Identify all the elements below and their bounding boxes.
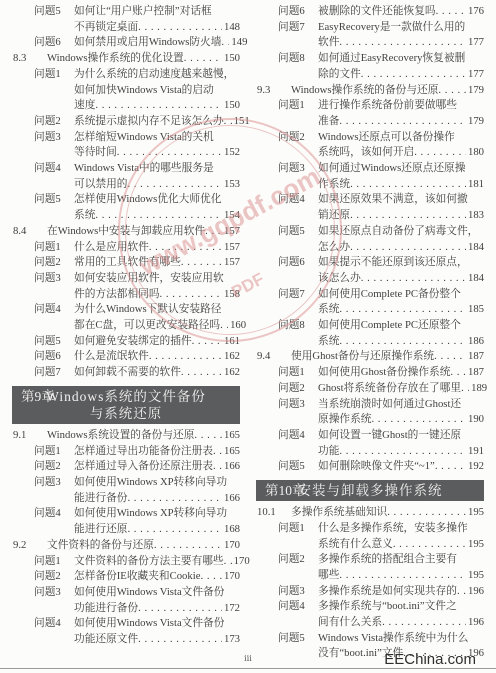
question-last-line: 如何避免安装绑定的插件161: [74, 334, 240, 350]
question-body: 为什么系统的启动速度越来越慢，如何加快Windows Vista的启动速度150: [74, 67, 240, 114]
question-body: 什么是应用软件157: [74, 240, 240, 256]
dot-leader: [339, 35, 466, 51]
question-number: 问题4: [34, 302, 74, 318]
question-body: Windows Vista中的哪些服务是可以禁用的153: [74, 161, 240, 192]
question-number: 问题2: [34, 255, 74, 271]
dot-leader: [160, 287, 222, 303]
question-number: 问题1: [34, 67, 74, 83]
question-text-line: 如何使用Windows XP转移向导功: [74, 475, 240, 491]
dot-leader: [371, 412, 466, 428]
toc-question-entry: 问题2常用的工具软件有哪些157: [12, 255, 240, 271]
question-text-line: 如何使用Windows Vista文件备份: [74, 616, 240, 632]
question-body: 如何通过Windows还原点还原操作系统181: [318, 161, 484, 192]
question-text-line: 间有什么关系: [318, 615, 382, 631]
page-number: 148: [222, 20, 240, 36]
question-text-line: 多操作系统与“boot.ini”文件之: [318, 599, 484, 615]
chapter-title-line: 与系统还原: [18, 405, 234, 422]
question-number: 问题5: [278, 459, 318, 475]
question-text-line: 等待时间: [74, 145, 117, 161]
page-number: 176: [466, 4, 484, 20]
question-body: 如何使用Windows Vista文件备份功能进行备份172: [74, 585, 240, 616]
page-number: 168: [222, 522, 240, 538]
dot-leader: [224, 554, 232, 570]
question-body: 文件资料的备份方法主要有哪些170: [74, 554, 240, 570]
question-text-line: 如何加快Windows Vista的启动: [74, 83, 240, 99]
toc-question-entry: 问题4Windows Vista中的哪些服务是可以禁用的153: [12, 161, 240, 192]
toc-question-entry: 问题1文件资料的备份方法主要有哪些170: [12, 554, 240, 570]
page-number: 162: [222, 365, 240, 381]
dot-leader: [387, 505, 466, 521]
question-text-line: 能进行还原: [74, 522, 127, 538]
question-text-line: 除的文件: [318, 67, 361, 83]
page-number: 180: [466, 145, 484, 161]
question-body: 如何使用Windows XP转移向导功能进行还原168: [74, 506, 240, 537]
page-number: 195: [466, 568, 484, 584]
dot-leader: [339, 114, 466, 130]
dot-leader: [361, 67, 466, 83]
question-text-line: 准备: [318, 114, 339, 130]
question-text-line: 为什么系统的启动速度越来越慢，: [74, 67, 240, 83]
question-text-line: 什么是流氓软件: [74, 349, 149, 365]
question-last-line: 速度150: [74, 98, 240, 114]
question-body: 如何通过EasyRecovery恢复被删除的文件177: [318, 51, 484, 82]
page-number: 149: [229, 35, 247, 51]
question-text-line: 如何通过EasyRecovery恢复被删: [318, 51, 484, 67]
question-body: 什么是流氓软件162: [74, 349, 240, 365]
question-text-line: 什么是多操作系统，安装多操作: [318, 521, 484, 537]
section-number: 10.1: [256, 505, 291, 521]
dot-leader: [224, 114, 232, 130]
question-number: 问题4: [34, 506, 74, 522]
question-last-line: 该怎么办184: [318, 271, 484, 287]
toc-question-entry: 问题2怎样通过导入备份还原注册表166: [12, 459, 240, 475]
section-number: 8.4: [12, 224, 47, 240]
question-text-line: 怎样使用Windows优化大师优化: [74, 192, 240, 208]
question-text-line: 速度: [74, 98, 95, 114]
chapter-heading: 第9章Windows系统的文件备份与系统还原: [12, 386, 240, 424]
question-body: 被删除的文件还能恢复吗176: [318, 4, 484, 20]
page-number: 162: [222, 349, 240, 365]
question-body: 怎样通过导出功能备份注册表165: [74, 444, 240, 460]
question-number: 问题2: [34, 114, 74, 130]
question-last-line: 如何使用Ghost备份操作系统187: [318, 365, 484, 381]
dot-leader: [138, 20, 222, 36]
question-last-line: 文件资料的备份方法主要有哪些170: [74, 554, 240, 570]
question-last-line: 系统154: [74, 208, 240, 224]
dot-leader: [181, 365, 222, 381]
question-number: 问题4: [278, 599, 318, 615]
question-text-line: 系统吗，该如何开启: [318, 145, 414, 161]
question-text-line: 系统: [318, 302, 339, 318]
question-text-line: EasyRecovery是一款做什么用的: [318, 20, 484, 36]
toc-question-entry: 问题3怎样缩短Windows Vista的关机等待时间152: [12, 130, 240, 161]
question-number: 问题7: [278, 287, 318, 303]
question-last-line: 常用的工具软件有哪些157: [74, 255, 240, 271]
question-text-line: 如何让“用户账户控制”对话框: [74, 4, 240, 20]
question-text-line: 如何安装应用软件，安装应用软: [74, 271, 240, 287]
page-number: 170: [232, 554, 250, 570]
question-text-line: 多操作系统的搭配组合主要有: [318, 552, 484, 568]
page-number: 190: [466, 412, 484, 428]
page-number: 177: [466, 67, 484, 83]
question-last-line: 如何删除映像文件夹“~1”192: [318, 459, 484, 475]
dot-leader: [382, 615, 466, 631]
toc-question-entry: 问题5如何删除映像文件夹“~1”192: [256, 459, 484, 475]
question-last-line: 都在C盘，可以更改安装路径吗160: [74, 318, 240, 334]
toc-question-entry: 问题5如果还原点自动备份了病毒文件，怎么办184: [256, 224, 484, 255]
page-number: 170: [222, 569, 240, 585]
question-text-line: 如何使用Windows Vista文件备份: [74, 585, 240, 601]
question-number: 问题1: [278, 521, 318, 537]
page-number: 183: [466, 208, 484, 224]
question-number: 问题3: [34, 130, 74, 146]
toc-section-entry: 9.1Windows系统设置的备份与还原165: [12, 428, 240, 444]
question-last-line: 间有什么关系196: [318, 615, 484, 631]
question-number: 问题6: [34, 35, 74, 51]
toc-question-entry: 问题6如何禁用或启用Windows防火墙149: [12, 35, 240, 51]
question-text-line: 功能还原文件: [74, 632, 138, 648]
page-number: 157: [222, 224, 240, 240]
question-last-line: 什么是流氓软件162: [74, 349, 240, 365]
question-number: 问题6: [34, 349, 74, 365]
question-number: 问题1: [278, 365, 318, 381]
question-body: 多操作系统的搭配组合主要有哪些195: [318, 552, 484, 583]
dot-leader: [149, 240, 222, 256]
question-text-line: 为什么Windows下默认安装路径: [74, 302, 240, 318]
dot-leader: [339, 302, 466, 318]
question-text-line: 功能进行备份: [74, 601, 138, 617]
page-number: 153: [222, 177, 240, 193]
page-number: 192: [466, 459, 484, 475]
question-number: 问题3: [34, 585, 74, 601]
toc-question-entry: 问题4多操作系统与“boot.ini”文件之间有什么关系196: [256, 599, 484, 630]
question-text-line: Windows Vista操作系统中为什么: [318, 631, 484, 647]
section-title: Windows操作系统的备份与还原: [291, 83, 438, 99]
question-last-line: 如何禁用或启用Windows防火墙149: [74, 35, 240, 51]
dot-leader: [184, 51, 222, 67]
question-body: 如何禁用或启用Windows防火墙149: [74, 35, 240, 51]
page-number: 181: [466, 177, 484, 193]
dot-leader: [213, 459, 222, 475]
dot-leader: [221, 35, 229, 51]
dot-leader: [127, 177, 222, 193]
question-number: 问题3: [34, 271, 74, 287]
dot-leader: [181, 255, 222, 271]
toc-question-entry: 问题5怎样使用Windows优化大师优化系统154: [12, 192, 240, 223]
dot-leader: [361, 271, 466, 287]
question-body: 怎样备份IE收藏夹和Cookie170: [74, 569, 240, 585]
toc-question-entry: 问题3如何通过Windows还原点还原操作系统181: [256, 161, 484, 192]
question-body: Windows还原点可以备份操作系统吗，该如何开启180: [318, 130, 484, 161]
toc-question-entry: 问题6什么是流氓软件162: [12, 349, 240, 365]
page-number: 187: [466, 349, 484, 365]
question-number: 问题2: [34, 459, 74, 475]
question-body: 如何使用Windows XP转移向导功能进行备份166: [74, 475, 240, 506]
question-text-line: 文件资料的备份方法主要有哪些: [74, 554, 224, 570]
question-body: 如何使用Complete PC还原整个系统186: [318, 318, 484, 349]
page-number: 184: [466, 240, 484, 256]
question-last-line: 作系统181: [318, 177, 484, 193]
toc-column-left: 问题5如何让“用户账户控制”对话框不再锁定桌面148问题6如何禁用或启用Wind…: [12, 4, 240, 662]
page-number: 165: [222, 444, 240, 460]
dot-leader: [127, 491, 222, 507]
page-number: 157: [222, 240, 240, 256]
dot-leader: [192, 334, 222, 350]
question-number: 问题8: [278, 318, 318, 334]
page-number: 166: [222, 491, 240, 507]
dot-leader: [414, 145, 466, 161]
page-number: 152: [222, 145, 240, 161]
page-number: 191: [466, 444, 484, 460]
question-text-line: 怎样缩短Windows Vista的关机: [74, 130, 240, 146]
question-text-line: 如何使用Windows XP转移向导功: [74, 506, 240, 522]
page-number: 157: [222, 255, 240, 271]
dot-leader: [450, 365, 466, 381]
section-number: 9.3: [256, 83, 291, 99]
section-title: 文件资料的备份与还原: [47, 538, 154, 554]
question-last-line: 系统185: [318, 302, 484, 318]
section-number: 9.2: [12, 538, 47, 554]
question-body: 为什么Windows下默认安装路径都在C盘，可以更改安装路径吗160: [74, 302, 240, 333]
question-text-line: 如何使用Complete PC还原整个: [318, 318, 484, 334]
dot-leader: [350, 208, 466, 224]
question-text-line: 系统: [74, 208, 95, 224]
question-last-line: 不再锁定桌面148: [74, 20, 240, 36]
question-last-line: 等待时间152: [74, 145, 240, 161]
toc-question-entry: 问题4如何设置一键Ghost的一键还原功能191: [256, 428, 484, 459]
question-last-line: 软件177: [318, 35, 484, 51]
toc-question-entry: 问题3多操作系统是如何实现共存的196: [256, 584, 484, 600]
page-number: 179: [466, 114, 484, 130]
question-last-line: 什么是应用软件157: [74, 240, 240, 256]
dot-leader: [154, 538, 222, 554]
question-text-line: 当系统崩溃时如何通过Ghost还: [318, 397, 484, 413]
question-text-line: 都在C盘，可以更改安装路径吗: [74, 318, 220, 334]
page-number: 151: [232, 114, 250, 130]
toc-question-entry: 问题4如何使用Windows Vista文件备份功能还原文件173: [12, 616, 240, 647]
toc-question-entry: 问题1如何使用Ghost备份操作系统187: [256, 365, 484, 381]
question-last-line: 系统有什么意义195: [318, 537, 484, 553]
question-number: 问题5: [34, 192, 74, 208]
dot-leader: [194, 428, 222, 444]
question-last-line: 怎么办184: [318, 240, 484, 256]
page-number: 177: [466, 35, 484, 51]
toc-section-entry: 8.4在Windows中安装与卸载应用软件157: [12, 224, 240, 240]
dot-leader: [200, 569, 222, 585]
question-number: 问题2: [34, 569, 74, 585]
page-number: 158: [222, 287, 240, 303]
question-text-line: 如果还原效果不满意，该如何撤: [318, 192, 484, 208]
toc-page: www.gqpdf.com PDF 问题5如何让“用户账户控制”对话框不再锁定桌…: [0, 0, 496, 673]
question-number: 问题4: [34, 161, 74, 177]
question-text-line: 如何禁用或启用Windows防火墙: [74, 35, 221, 51]
toc-question-entry: 问题1什么是多操作系统，安装多操作系统有什么意义195: [256, 521, 484, 552]
question-text-line: 销还原: [318, 208, 350, 224]
toc-question-entry: 问题2系统提示虚拟内存不足该怎么办151: [12, 114, 240, 130]
question-text-line: 被删除的文件还能恢复吗: [318, 4, 436, 20]
question-body: EasyRecovery是一款做什么用的软件177: [318, 20, 484, 51]
toc-question-entry: 问题1怎样通过导出功能备份注册表165: [12, 444, 240, 460]
question-last-line: 准备179: [318, 114, 484, 130]
question-number: 问题8: [278, 51, 318, 67]
question-number: 问题4: [278, 192, 318, 208]
question-number: 问题1: [278, 98, 318, 114]
toc-section-entry: 8.3Windows操作系统的优化设置150: [12, 51, 240, 67]
page-number: 165: [222, 428, 240, 444]
question-text-line: Windows Vista中的哪些服务是: [74, 161, 240, 177]
page-number: 195: [466, 537, 484, 553]
question-text-line: 原操作系统: [318, 412, 371, 428]
toc-section-entry: 9.4使用Ghost备份与还原操作系统187: [256, 349, 484, 365]
dot-leader: [95, 208, 222, 224]
question-body: 如何使用Ghost备份操作系统187: [318, 365, 484, 381]
question-last-line: 怎样通过导入备份还原注册表166: [74, 459, 240, 475]
question-last-line: 如何卸载不需要的软件162: [74, 365, 240, 381]
question-text-line: 什么是应用软件: [74, 240, 149, 256]
question-text-line: 如果提示不能还原到该还原点，: [318, 255, 484, 271]
question-last-line: 件的方法都相同吗158: [74, 287, 240, 303]
toc-question-entry: 问题4如何使用Windows XP转移向导功能进行还原168: [12, 506, 240, 537]
toc-question-entry: 问题3如何使用Windows XP转移向导功能进行备份166: [12, 475, 240, 506]
section-title: 多操作系统基础知识: [291, 505, 387, 521]
question-text-line: 哪些: [318, 568, 339, 584]
toc-question-entry: 问题2Windows还原点可以备份操作系统吗，该如何开启180: [256, 130, 484, 161]
question-number: 问题3: [278, 161, 318, 177]
question-text-line: 怎样通过导入备份还原注册表: [74, 459, 213, 475]
toc-question-entry: 问题1为什么系统的启动速度越来越慢，如何加快Windows Vista的启动速度…: [12, 67, 240, 114]
question-text-line: 作系统: [318, 177, 350, 193]
question-body: 进行操作系统备份前要做哪些准备179: [318, 98, 484, 129]
page-number: 172: [222, 601, 240, 617]
section-number: 9.4: [256, 349, 291, 365]
question-text-line: 如何删除映像文件夹“~1”: [318, 459, 435, 475]
question-body: 如何卸载不需要的软件162: [74, 365, 240, 381]
question-number: 问题1: [34, 444, 74, 460]
page-number: 179: [466, 83, 484, 99]
question-body: 怎样缩短Windows Vista的关机等待时间152: [74, 130, 240, 161]
page-number: 166: [222, 459, 240, 475]
question-number: 问题4: [34, 616, 74, 632]
question-last-line: 除的文件177: [318, 67, 484, 83]
page-number-footer: ⅲ: [0, 651, 496, 667]
question-text-line: 可以禁用的: [74, 177, 127, 193]
page-number: 184: [466, 271, 484, 287]
question-body: 如何使用Windows Vista文件备份功能还原文件173: [74, 616, 240, 647]
question-body: 多操作系统与“boot.ini”文件之间有什么关系196: [318, 599, 484, 630]
question-body: Ghost将系统备份存放在了哪里189: [318, 381, 484, 397]
dot-leader: [117, 145, 222, 161]
dot-leader: [339, 334, 466, 350]
question-body: 如何让“用户账户控制”对话框不再锁定桌面148: [74, 4, 240, 35]
dot-leader: [205, 224, 222, 240]
question-number: 问题6: [278, 255, 318, 271]
section-number: 9.1: [12, 428, 47, 444]
question-number: 问题7: [278, 20, 318, 36]
question-body: 如果还原效果不满意，该如何撤销还原183: [318, 192, 484, 223]
question-number: 问题3: [278, 584, 318, 600]
page-number: 185: [466, 302, 484, 318]
dot-leader: [213, 444, 222, 460]
dot-leader: [434, 349, 466, 365]
dot-leader: [339, 444, 466, 460]
chapter-number: 第10章: [265, 482, 306, 499]
page-number: 186: [466, 334, 484, 350]
question-number: 问题5: [278, 224, 318, 240]
question-body: 常用的工具软件有哪些157: [74, 255, 240, 271]
question-last-line: 能进行还原168: [74, 522, 240, 538]
question-text-line: Ghost将系统备份存放在了哪里: [318, 381, 461, 397]
question-text-line: 如何卸载不需要的软件: [74, 365, 181, 381]
question-number: 问题5: [34, 4, 74, 20]
dot-leader: [127, 522, 222, 538]
question-text-line: 件的方法都相同吗: [74, 287, 160, 303]
toc-question-entry: 问题3如何安装应用软件，安装应用软件的方法都相同吗158: [12, 271, 240, 302]
toc-columns: 问题5如何让“用户账户控制”对话框不再锁定桌面148问题6如何禁用或启用Wind…: [0, 0, 496, 662]
question-text-line: 不再锁定桌面: [74, 20, 138, 36]
question-text-line: 多操作系统是如何实现共存的: [318, 584, 457, 600]
question-body: 如何设置一键Ghost的一键还原功能191: [318, 428, 484, 459]
question-body: 当系统崩溃时如何通过Ghost还原操作系统190: [318, 397, 484, 428]
toc-question-entry: 问题8如何使用Complete PC还原整个系统186: [256, 318, 484, 349]
question-number: 问题2: [278, 381, 318, 397]
question-last-line: 怎样通过导出功能备份注册表165: [74, 444, 240, 460]
question-number: 问题6: [278, 4, 318, 20]
toc-question-entry: 问题7如何卸载不需要的软件162: [12, 365, 240, 381]
toc-question-entry: 问题2Ghost将系统备份存放在了哪里189: [256, 381, 484, 397]
question-last-line: 能进行备份166: [74, 491, 240, 507]
dot-leader: [95, 98, 222, 114]
question-body: 如何避免安装绑定的插件161: [74, 334, 240, 350]
toc-question-entry: 问题1什么是应用软件157: [12, 240, 240, 256]
question-text-line: 软件: [318, 35, 339, 51]
toc-question-entry: 问题2多操作系统的搭配组合主要有哪些195: [256, 552, 484, 583]
dot-leader: [435, 459, 466, 475]
question-text-line: 如何避免安装绑定的插件: [74, 334, 192, 350]
question-number: 问题2: [278, 130, 318, 146]
question-last-line: 怎样备份IE收藏夹和Cookie170: [74, 569, 240, 585]
question-last-line: Ghost将系统备份存放在了哪里189: [318, 381, 484, 397]
question-text-line: 进行操作系统备份前要做哪些: [318, 98, 484, 114]
toc-question-entry: 问题1进行操作系统备份前要做哪些准备179: [256, 98, 484, 129]
question-last-line: 系统吗，该如何开启180: [318, 145, 484, 161]
toc-question-entry: 问题3如何使用Windows Vista文件备份功能进行备份172: [12, 585, 240, 616]
question-text-line: 怎样备份IE收藏夹和Cookie: [74, 569, 200, 585]
toc-question-entry: 问题5如何让“用户账户控制”对话框不再锁定桌面148: [12, 4, 240, 35]
question-last-line: 哪些195: [318, 568, 484, 584]
question-text-line: 功能: [318, 444, 339, 460]
question-text-line: 怎么办: [318, 240, 350, 256]
page-number: 154: [222, 208, 240, 224]
section-title: 使用Ghost备份与还原操作系统: [291, 349, 434, 365]
question-number: 问题5: [34, 334, 74, 350]
chapter-number: 第9章: [21, 388, 55, 405]
page-number: 196: [466, 615, 484, 631]
toc-question-entry: 问题4如果还原效果不满意，该如何撤销还原183: [256, 192, 484, 223]
toc-section-entry: 9.3Windows操作系统的备份与还原179: [256, 83, 484, 99]
question-text-line: 如何使用Complete PC备份整个: [318, 287, 484, 303]
page-number: 150: [222, 98, 240, 114]
question-last-line: 可以禁用的153: [74, 177, 240, 193]
page-number: 189: [469, 381, 487, 397]
toc-question-entry: 问题7EasyRecovery是一款做什么用的软件177: [256, 20, 484, 51]
toc-question-entry: 问题6如果提示不能还原到该还原点，该怎么办184: [256, 255, 484, 286]
question-body: 如何安装应用软件，安装应用软件的方法都相同吗158: [74, 271, 240, 302]
question-text-line: 系统有什么意义: [318, 537, 393, 553]
question-text-line: 如何设置一键Ghost的一键还原: [318, 428, 484, 444]
chapter-heading: 第10章安装与卸载多操作系统: [256, 480, 484, 501]
dot-leader: [339, 568, 466, 584]
question-body: 多操作系统是如何实现共存的196: [318, 584, 484, 600]
